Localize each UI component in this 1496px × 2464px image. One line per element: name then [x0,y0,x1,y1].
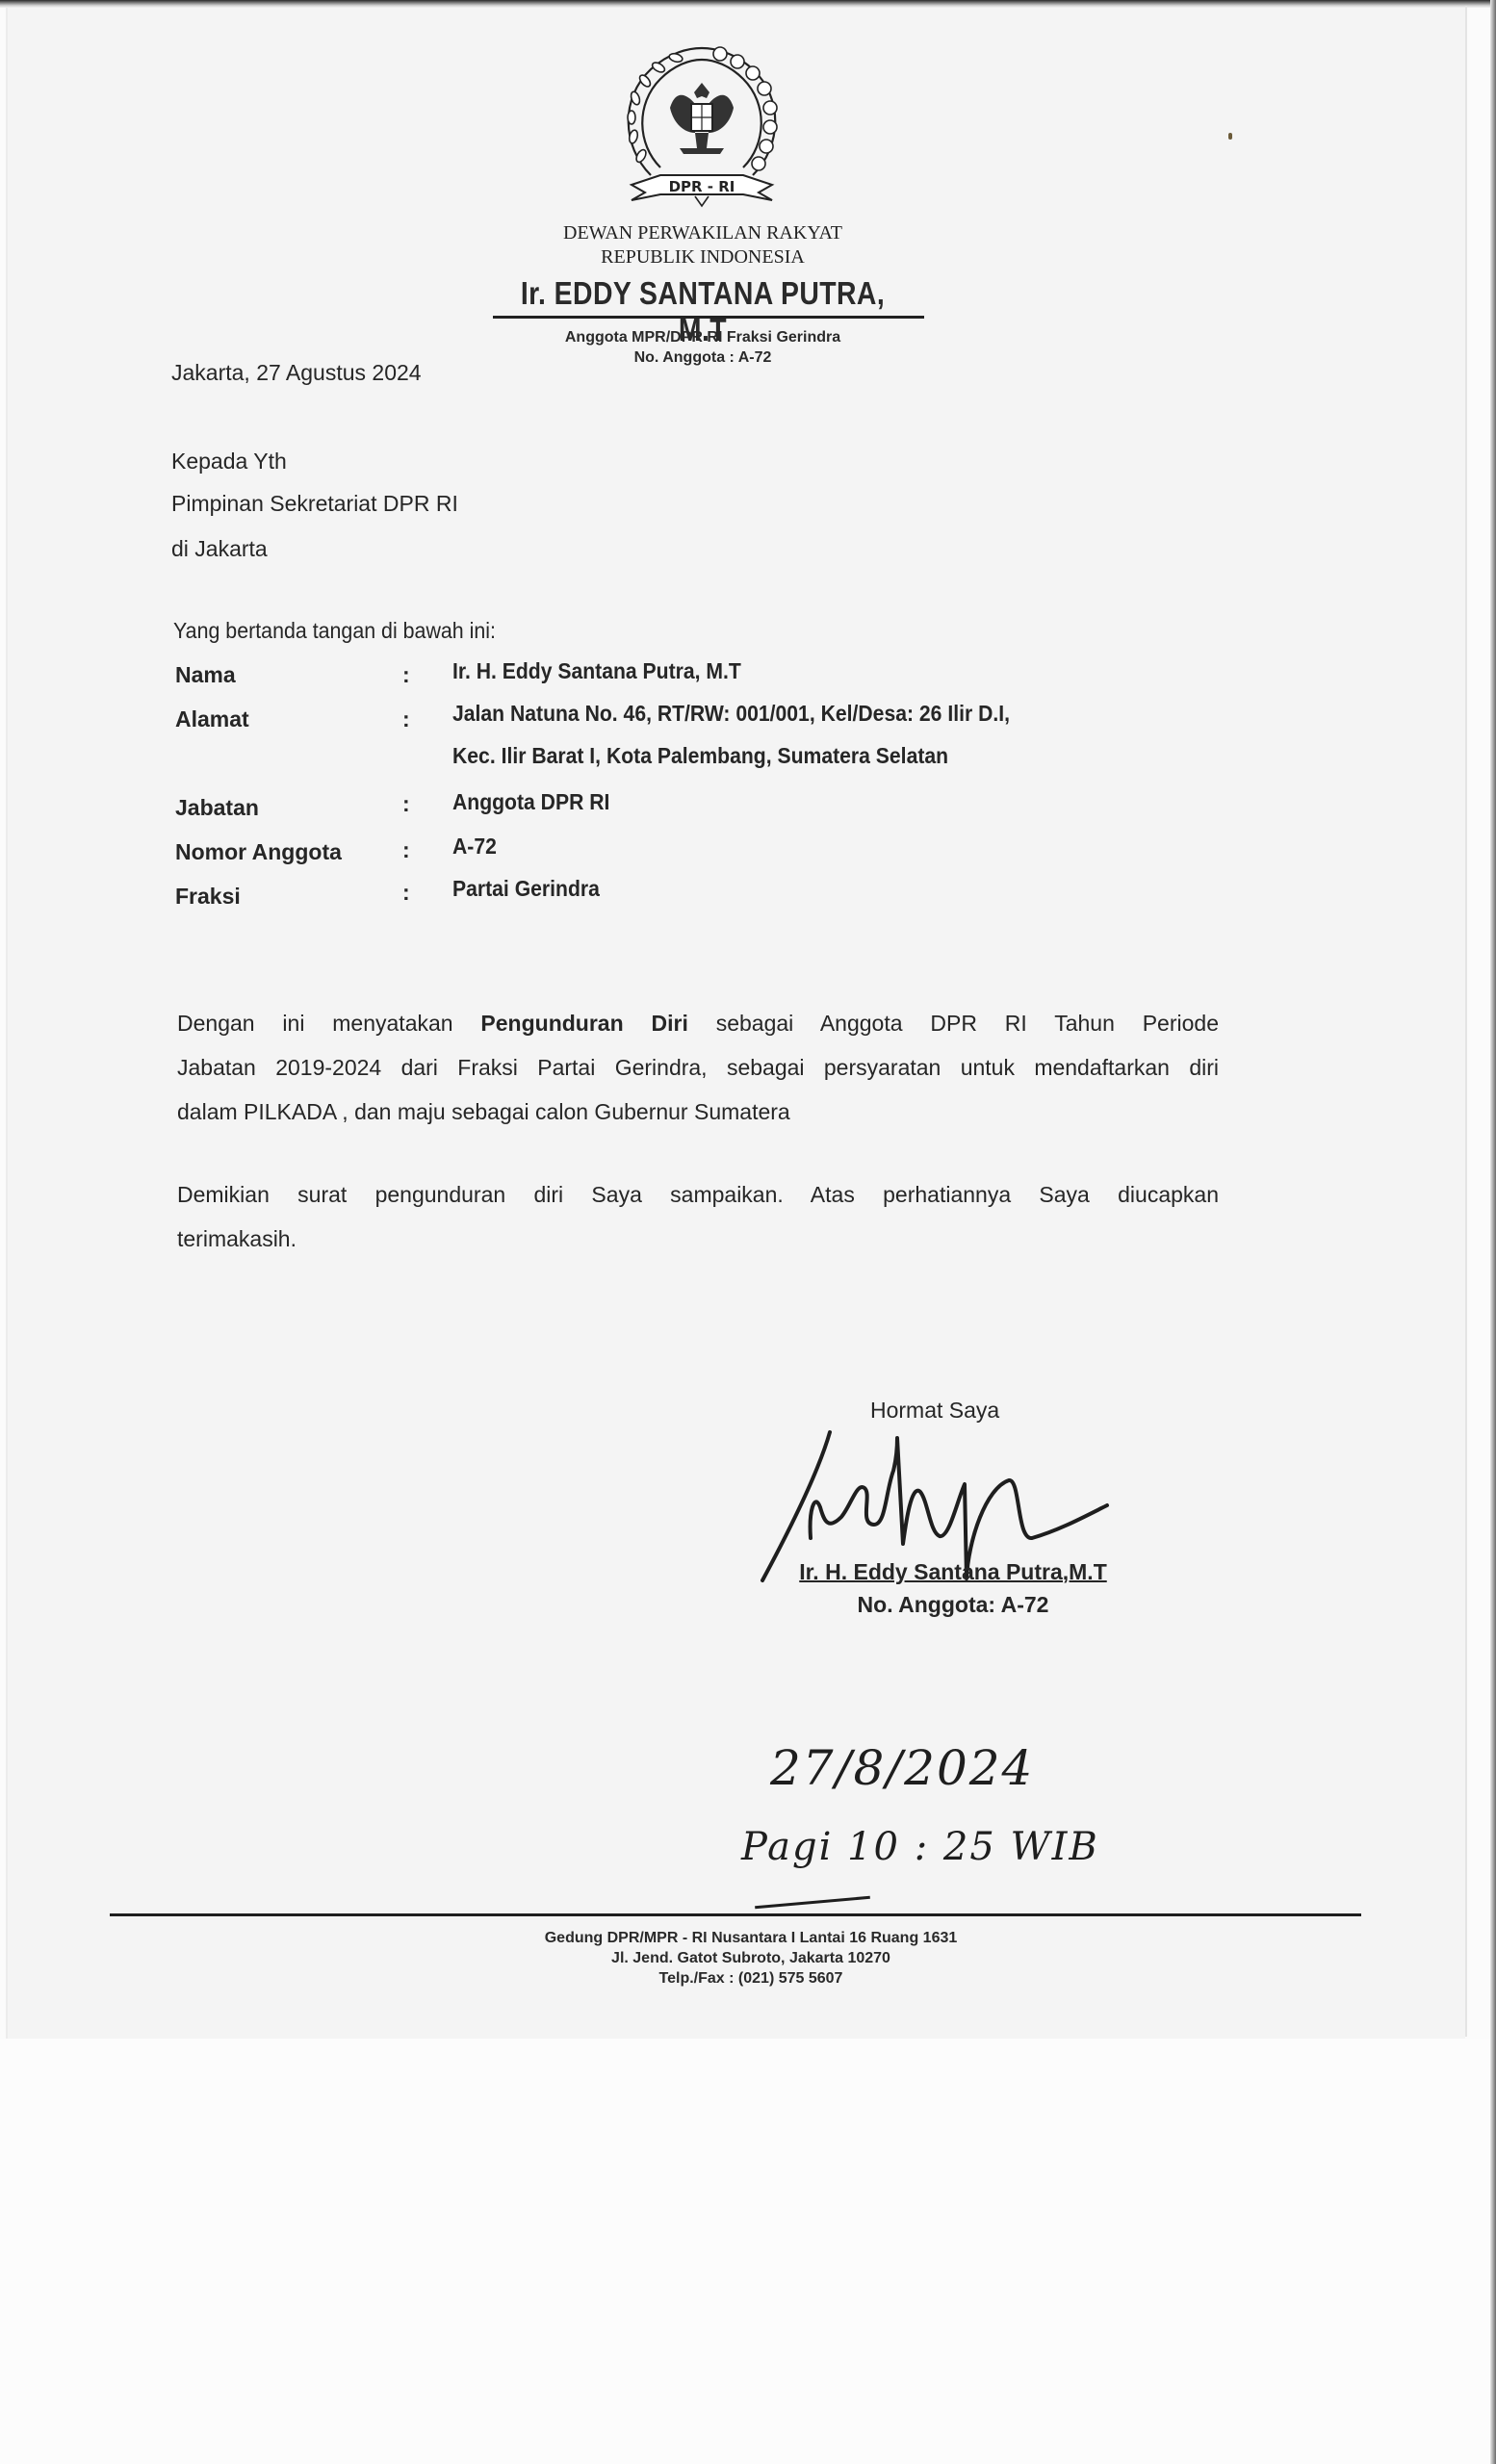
paragraph-line: Dengan ini menyatakan Pengunduran Diri s… [177,1001,1219,1045]
field-label-jabatan: Jabatan [175,795,259,821]
scanner-right-edge [1490,0,1496,2464]
signer-name: Ir. H. Eddy Santana Putra,M.T [761,1559,1146,1585]
field-colon: : [402,880,410,906]
field-colon: : [402,662,410,688]
field-colon: : [402,837,410,863]
subtitle-line-1: Anggota MPR/DPR RI Fraksi Gerindra [462,327,943,347]
footer-divider [110,1913,1361,1916]
field-value-alamat-line-2: Kec. Ilir Barat I, Kota Palembang, Sumat… [452,743,948,769]
intro-text: Yang bertanda tangan di bawah ini: [173,618,496,644]
paper-left-edge [6,8,8,2039]
field-value-fraksi: Partai Gerindra [452,876,600,902]
letter-date: Jakarta, 27 Agustus 2024 [171,360,422,386]
field-value-jabatan: Anggota DPR RI [452,789,609,815]
footer-address-street: Jl. Jend. Gatot Subroto, Jakarta 10270 [414,1948,1088,1968]
org-line-2: REPUBLIK INDONESIA [462,245,943,269]
closing-salutation: Hormat Saya [870,1398,999,1424]
dpr-ri-emblem-icon: DPR - RI [612,40,791,212]
footer-address-building: Gedung DPR/MPR - RI Nusantara I Lantai 1… [414,1928,1088,1948]
field-label-nomor-anggota: Nomor Anggota [175,839,342,865]
resignation-emphasis: Pengunduran Diri [480,1011,687,1036]
letterhead-organization: DEWAN PERWAKILAN RAKYAT REPUBLIK INDONES… [462,221,943,269]
svg-text:DPR - RI: DPR - RI [669,178,735,195]
closing-paragraph: Demikian surat pengunduran diri Saya sam… [177,1172,1219,1261]
signer-member-number: No. Anggota: A-72 [761,1592,1146,1618]
field-colon: : [402,791,410,817]
scanner-background [0,2039,1490,2464]
letterhead-footer: Gedung DPR/MPR - RI Nusantara I Lantai 1… [414,1928,1088,1989]
org-line-1: DEWAN PERWAKILAN RAKYAT [462,221,943,245]
recipient-location: di Jakarta [171,536,268,562]
letterhead-subtitle: Anggota MPR/DPR RI Fraksi Gerindra No. A… [462,327,943,368]
handwritten-receipt-date: 27/8/2024 [770,1740,1034,1796]
field-label-nama: Nama [175,662,236,688]
handwritten-receipt-time: Pagi 10 : 25 WIB [741,1825,1099,1869]
letterhead-divider [493,316,924,319]
text-run: sebagai Anggota DPR RI Tahun Periode [688,1011,1219,1036]
recipient-name: Pimpinan Sekretariat DPR RI [171,491,458,517]
scanner-top-edge [0,0,1496,8]
paragraph-line: dalam PILKADA , dan maju sebagai calon G… [177,1090,1219,1134]
field-value-nomor-anggota: A-72 [452,834,497,860]
field-colon: : [402,706,410,732]
paper-right-edge [1465,6,1467,2037]
field-label-fraksi: Fraksi [175,884,241,910]
subtitle-line-2: No. Anggota : A-72 [462,347,943,368]
field-value-nama: Ir. H. Eddy Santana Putra, M.T [452,658,741,684]
field-label-alamat: Alamat [175,706,249,732]
recipient-salutation: Kepada Yth [171,449,287,475]
dust-speck [1228,133,1232,140]
text-run: Dengan ini menyatakan [177,1011,480,1036]
footer-phone-fax: Telp./Fax : (021) 575 5607 [414,1968,1088,1989]
statement-paragraph: Dengan ini menyatakan Pengunduran Diri s… [177,1001,1219,1134]
field-value-alamat: Jalan Natuna No. 46, RT/RW: 001/001, Kel… [452,701,1010,727]
paragraph-line: Jabatan 2019-2024 dari Fraksi Partai Ger… [177,1045,1219,1090]
paragraph-line: Demikian surat pengunduran diri Saya sam… [177,1172,1219,1217]
paragraph-line: terimakasih. [177,1217,1219,1261]
